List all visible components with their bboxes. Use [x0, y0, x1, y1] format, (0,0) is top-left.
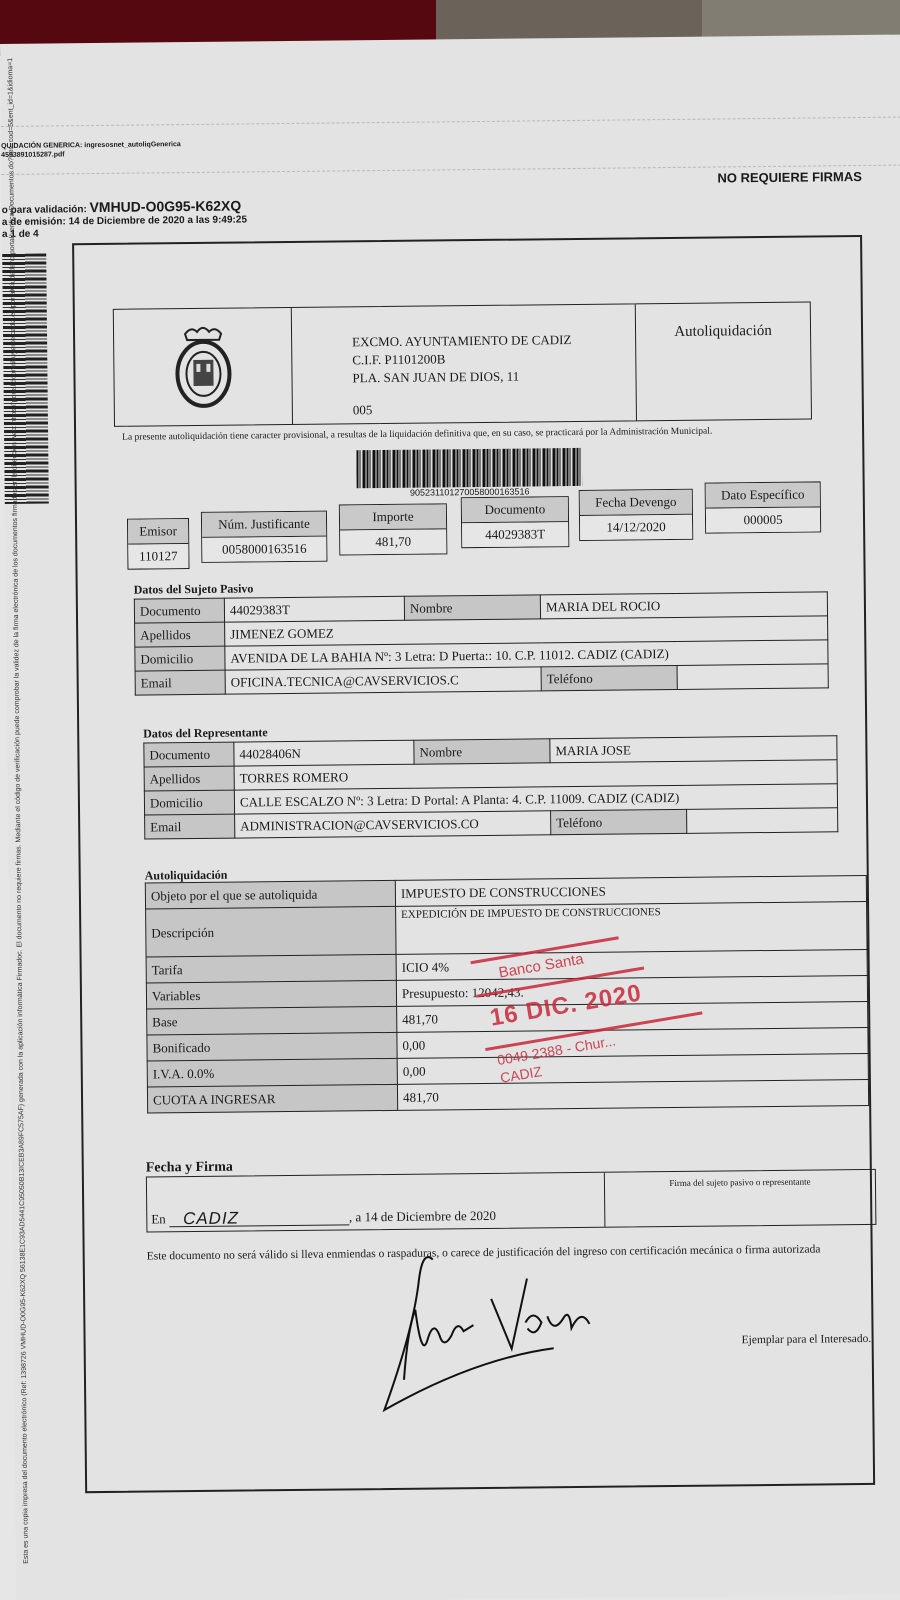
key-field-fecha-devengo: Fecha Devengo 14/12/2020 — [579, 489, 694, 541]
field-value: MARIA JOSE — [550, 736, 837, 763]
field-label: Apellidos — [144, 766, 234, 791]
field-label: Apellidos — [135, 622, 225, 647]
field-label: CUOTA A INGRESAR — [147, 1084, 397, 1113]
field-label: Documento — [134, 598, 224, 623]
key-label: Fecha Devengo — [580, 490, 692, 516]
field-label: Nombre — [404, 595, 540, 620]
document-file: 4593891015287.pdf — [1, 149, 181, 160]
issuer-info: EXCMO. AYUNTAMIENTO DE CADIZ C.I.F. P110… — [292, 304, 637, 424]
verification-note: Esta es una copia impresa del documento … — [11, 524, 31, 1564]
field-value — [687, 808, 838, 834]
coat-of-arms-icon — [114, 308, 293, 426]
representante-table: Documento 44028406N Nombre MARIA JOSE Ap… — [143, 735, 838, 839]
field-label: Domicilio — [135, 646, 225, 671]
signer-label: Firma del sujeto pasivo o representante — [605, 1170, 876, 1227]
key-label: Documento — [462, 497, 568, 523]
key-label: Dato Específico — [706, 482, 820, 508]
signature-status: NO REQUIERE FIRMAS — [717, 169, 862, 186]
en-label: En — [151, 1211, 166, 1226]
field-label: Descripción — [146, 906, 396, 957]
field-label: Domicilio — [144, 790, 234, 815]
section-title-firma: Fecha y Firma — [146, 1160, 233, 1177]
issuer-header: EXCMO. AYUNTAMIENTO DE CADIZ C.I.F. P110… — [113, 302, 812, 427]
field-value: MARIA DEL ROCIO — [540, 592, 827, 619]
field-value: OFICINA.TECNICA@CAVSERVICIOS.C — [225, 667, 541, 694]
field-label: Teléfono — [551, 809, 687, 834]
validation-block: o para validación: VMHUD-O0G95-K62XQ a d… — [2, 199, 248, 241]
issuer-address: PLA. SAN JUAN DE DIOS, 11 — [352, 366, 635, 387]
key-value: 110127 — [128, 544, 188, 569]
section-title-representante: Datos del Representante — [143, 725, 268, 741]
place-date: En CADIZ, a 14 de Diciembre de 2020 — [147, 1173, 606, 1232]
key-value: 481,70 — [340, 529, 446, 554]
field-label: Variables — [146, 980, 396, 1009]
field-label: Objeto por el que se autoliquida — [145, 880, 395, 909]
field-value: 44029383T — [224, 596, 404, 622]
page-indicator: a 1 de 4 — [2, 226, 247, 241]
key-field-emisor: Emisor 110127 — [127, 518, 190, 570]
field-label: Email — [145, 814, 235, 839]
key-field-dato-especifico: Dato Específico 000005 — [705, 481, 822, 533]
sign-date: , a 14 de Diciembre de 2020 — [349, 1208, 496, 1225]
field-value: ADMINISTRACION@CAVSERVICIOS.CO — [235, 811, 551, 838]
key-label: Núm. Justificante — [202, 512, 326, 538]
key-field-documento: Documento 44029383T — [461, 496, 570, 548]
key-label: Emisor — [128, 519, 188, 545]
key-label: Importe — [340, 504, 446, 530]
field-label: Base — [147, 1006, 397, 1035]
sujeto-pasivo-table: Documento 44029383T Nombre MARIA DEL ROC… — [134, 591, 829, 695]
document-filename: QUIDACIÓN GENERICA: ingresosnet_autoliqG… — [1, 140, 181, 160]
document-page: QUIDACIÓN GENERICA: ingresosnet_autoliqG… — [0, 35, 900, 1600]
divider — [1, 117, 900, 127]
key-value: 000005 — [706, 507, 820, 532]
validation-code: VMHUD-O0G95-K62XQ — [89, 197, 241, 215]
key-field-justificante: Núm. Justificante 0058000163516 — [201, 511, 328, 563]
field-label: Tarifa — [146, 954, 396, 983]
field-value: 44028406N — [234, 740, 414, 766]
document-type: QUIDACIÓN GENERICA: ingresosnet_autoliqG… — [1, 140, 181, 151]
key-value: 0058000163516 — [202, 537, 326, 562]
emission-date: a de emisión: 14 de Diciembre de 2020 a … — [2, 214, 247, 229]
key-field-importe: Importe 481,70 — [339, 503, 448, 555]
field-label: Teléfono — [541, 665, 677, 690]
field-label: Nombre — [414, 739, 550, 764]
field-label: I.V.A. 0.0% — [147, 1058, 397, 1087]
handwritten-signature-icon — [363, 1238, 625, 1421]
field-value: 481,70 — [397, 1079, 868, 1110]
key-value: 44029383T — [462, 522, 568, 547]
section-title-sujeto-pasivo: Datos del Sujeto Pasivo — [134, 581, 254, 597]
place-handwritten: CADIZ — [169, 1207, 349, 1227]
field-label: Bonificado — [147, 1032, 397, 1061]
signature-box: En CADIZ, a 14 de Diciembre de 2020 Firm… — [146, 1169, 877, 1233]
field-label: Email — [135, 670, 225, 695]
document-type-title: Autoliquidación — [636, 303, 811, 421]
field-label: Documento — [144, 742, 234, 767]
field-value — [677, 664, 828, 690]
copy-label: Ejemplar para el Interesado. — [742, 1333, 872, 1346]
key-value: 14/12/2020 — [580, 515, 692, 540]
payment-barcode — [356, 448, 582, 488]
issuer-code: 005 — [353, 398, 636, 419]
